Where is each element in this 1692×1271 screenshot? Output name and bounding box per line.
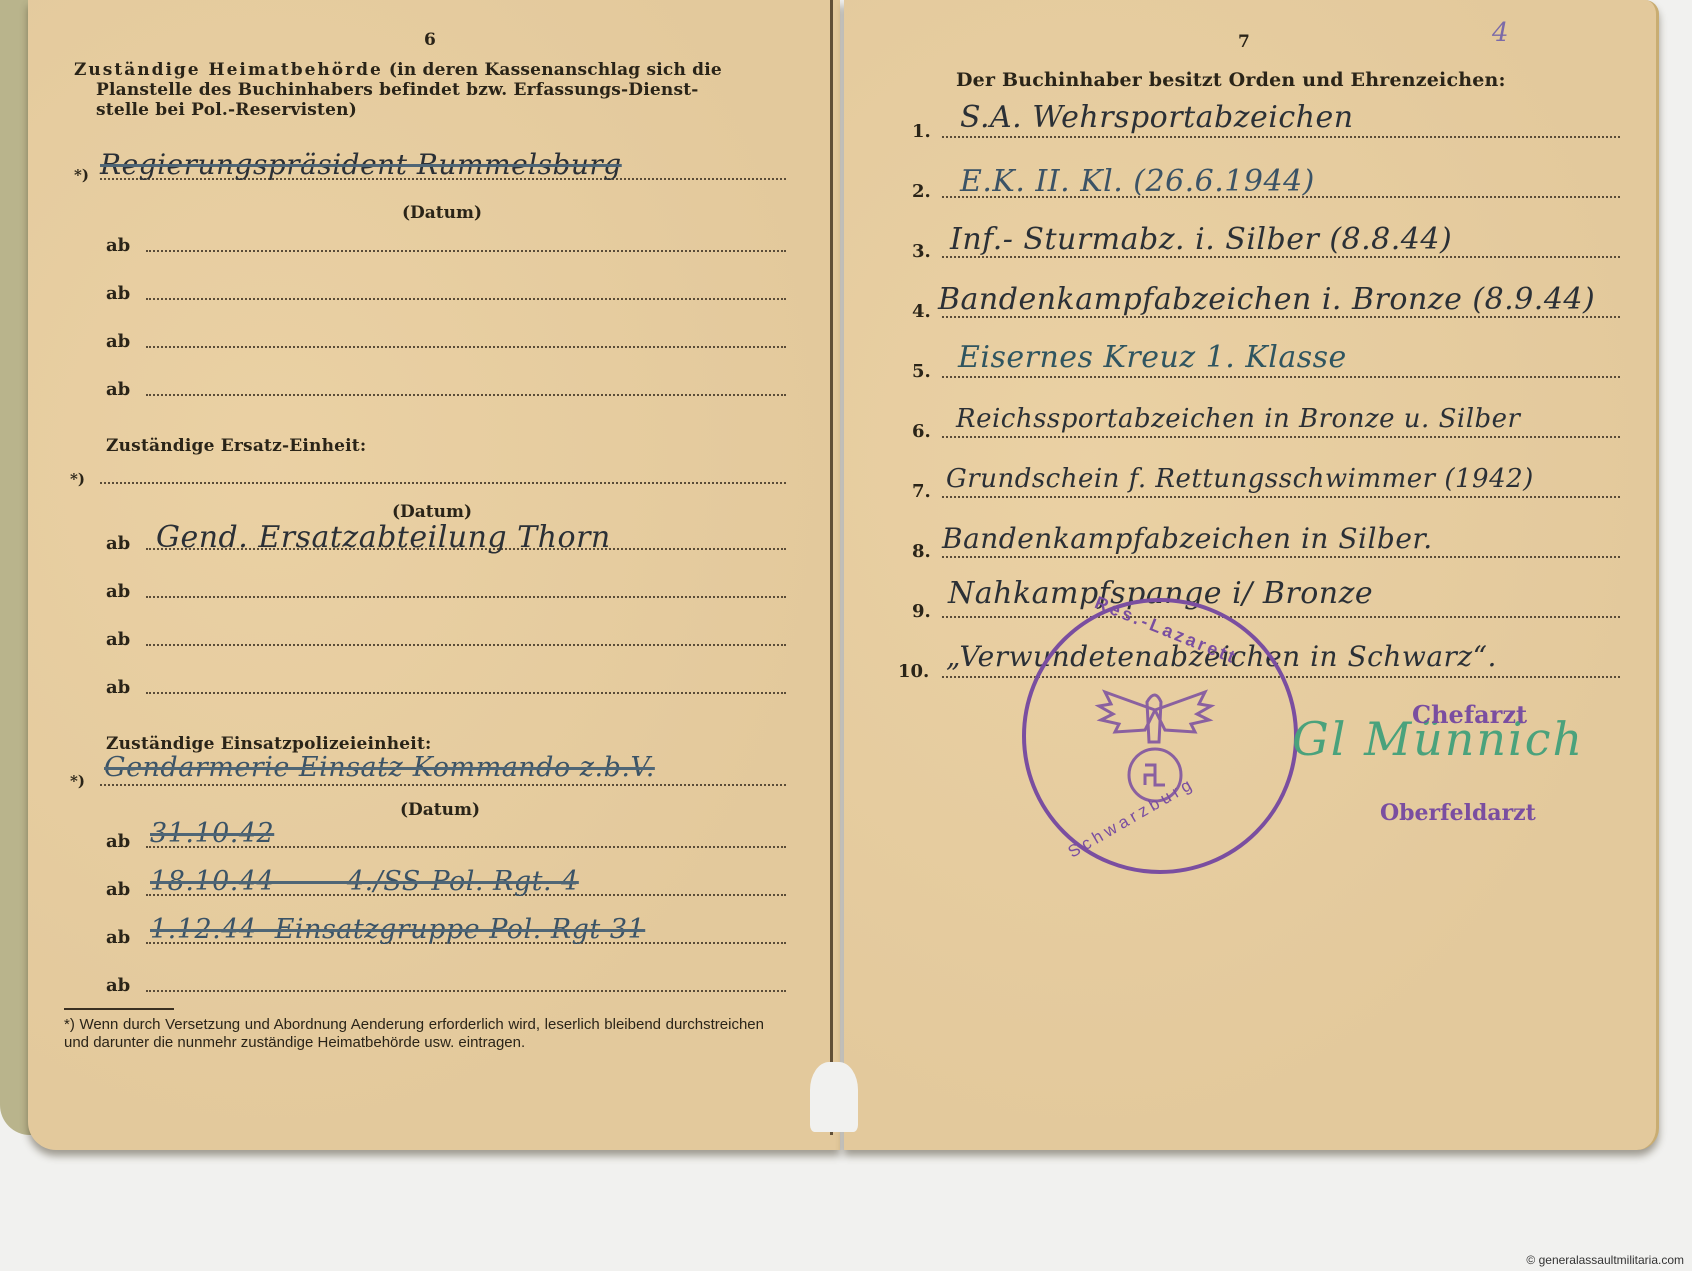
section-ersatz-einheit-heading: Zuständige Ersatz-Einheit:: [106, 436, 366, 456]
dotted-line: [100, 482, 786, 484]
datum-label: (Datum): [392, 502, 472, 522]
footnote: *) Wenn durch Versetzung und Abordnung A…: [64, 1016, 764, 1052]
ab-row: ab: [106, 324, 786, 354]
award-number: 6.: [912, 421, 931, 442]
footnote-marker: *): [74, 166, 89, 184]
ab-row: ab: [106, 228, 786, 258]
award-number: 7.: [912, 481, 931, 502]
footnote-marker: *): [70, 772, 85, 790]
ab-label: ab: [106, 283, 130, 304]
ab-label: ab: [106, 331, 130, 352]
award-text: Reichssportabzeichen in Bronze u. Silber: [956, 404, 1520, 434]
award-text: S.A. Wehrsportabzeichen: [960, 100, 1354, 135]
ab-label: ab: [106, 379, 130, 400]
footnote-rule: [64, 1008, 174, 1010]
section-heimatbehoerde-heading: Zuständige Heimatbehörde (in deren Kasse…: [74, 60, 794, 120]
heading-bold: Zuständige Heimatbehörde: [74, 60, 383, 80]
ab-row: ab: [106, 276, 786, 306]
ab-row: ab: [106, 622, 786, 652]
book-spine: [830, 0, 833, 1135]
ersatz-entry-row: *): [70, 460, 786, 490]
eagle-emblem-icon: [1085, 680, 1225, 810]
dotted-line: [942, 436, 1620, 438]
ab-label: ab: [106, 629, 130, 650]
handwritten-date-entry: 31.10.42: [150, 818, 274, 849]
copyright-watermark: © generalassaultmilitaria.com: [1526, 1253, 1684, 1267]
ab-label: ab: [106, 879, 130, 900]
handwritten-ersatz-entry: Gend. Ersatzabteilung Thorn: [156, 520, 611, 555]
award-text: Bandenkampfabzeichen in Silber.: [942, 522, 1433, 555]
dotted-line: [146, 596, 786, 598]
orden-heading: Der Buchinhaber besitzt Orden und Ehrenz…: [956, 70, 1506, 90]
dotted-line: [100, 784, 786, 786]
ab-row: ab: [106, 574, 786, 604]
dotted-line: [146, 298, 786, 300]
dotted-line: [146, 346, 786, 348]
award-text: Bandenkampfabzeichen i. Bronze (8.9.44): [938, 282, 1595, 317]
rank-stamp-chefarzt: Chefarzt: [1412, 700, 1527, 729]
award-text: Eisernes Kreuz 1. Klasse: [958, 340, 1347, 375]
dotted-line: [942, 376, 1620, 378]
handwritten-einsatzpolizei: Gendarmerie Einsatz-Kommando z.b.V.: [104, 752, 655, 783]
award-number: 5.: [912, 361, 931, 382]
award-number: 2.: [912, 181, 931, 202]
footnote-marker: *): [64, 1016, 75, 1033]
dotted-line: [146, 250, 786, 252]
award-number: 1.: [912, 121, 931, 142]
dotted-line: [942, 616, 1620, 618]
handwritten-heimatbehoerde: Regierungspräsident Rummelsburg: [100, 148, 622, 181]
dotted-line: [146, 990, 786, 992]
dotted-line: [146, 394, 786, 396]
award-text: Grundschein f. Rettungsschwimmer (1942): [946, 464, 1534, 494]
ab-label: ab: [106, 927, 130, 948]
page-tear: [810, 1062, 858, 1132]
rank-stamp-oberfeldarzt: Oberfeldarzt: [1380, 800, 1536, 826]
dotted-line: [146, 692, 786, 694]
ab-label: ab: [106, 235, 130, 256]
ab-label: ab: [106, 581, 130, 602]
page-number-right: 7: [1238, 32, 1250, 52]
dotted-line: [942, 496, 1620, 498]
handwritten-unit-entry: 1.12.44 Einsatzgruppe Pol. Rgt 31: [150, 914, 645, 945]
ab-row: ab: [106, 372, 786, 402]
award-number: 8.: [912, 541, 931, 562]
heading-line2: Planstelle des Buchinhabers befindet bzw…: [74, 80, 699, 100]
footnote-marker: *): [70, 470, 85, 488]
ab-label: ab: [106, 975, 130, 996]
award-text: E.K. II. Kl. (26.6.1944): [960, 164, 1315, 199]
dotted-line: [942, 136, 1620, 138]
footnote-text: Wenn durch Versetzung und Abordnung Aend…: [64, 1016, 764, 1051]
ab-label: ab: [106, 533, 130, 554]
page-number-left: 6: [424, 30, 436, 50]
datum-label: (Datum): [402, 203, 482, 223]
award-number: 9.: [912, 601, 931, 622]
ab-label: ab: [106, 831, 130, 852]
pencil-annotation: 4: [1492, 18, 1509, 48]
dotted-line: [146, 644, 786, 646]
ab-row: ab: [106, 670, 786, 700]
dotted-line: [942, 556, 1620, 558]
section-einsatzpolizei-heading: Zuständige Einsatzpolizeieinheit:: [106, 734, 431, 754]
heading-line3: stelle bei Pol.-Reservisten): [74, 100, 357, 120]
award-text: Inf.- Sturmabz. i. Silber (8.8.44): [950, 222, 1452, 257]
ab-row: ab: [106, 968, 786, 998]
award-number: 3.: [912, 241, 931, 262]
award-number: 4.: [912, 301, 931, 322]
datum-label: (Datum): [400, 800, 480, 820]
handwritten-unit-entry: 18.10.44 4./SS-Pol. Rgt. 4: [150, 866, 579, 897]
heading-rest: (in deren Kassenanschlag sich die: [383, 60, 722, 80]
ab-label: ab: [106, 677, 130, 698]
award-number: 10.: [898, 661, 929, 682]
